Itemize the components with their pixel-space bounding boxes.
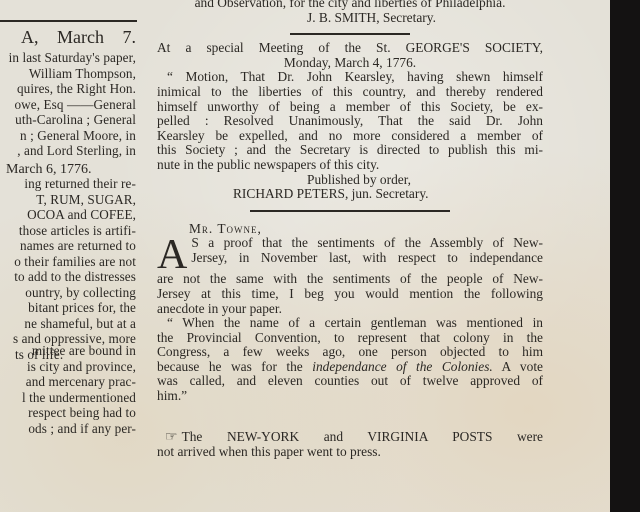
quote-line-italic: because he was for the independance of t… — [157, 360, 543, 375]
letter-salutation: Mr. Towne, — [157, 222, 543, 237]
background-edge — [610, 0, 640, 512]
newspaper-page: A, March 7. in last Saturday's paper, Wi… — [0, 0, 622, 512]
top-fragment: and Observation, for the city and libert… — [157, 0, 543, 11]
left-paragraph-1: in last Saturday's paper, William Thomps… — [9, 50, 136, 159]
center-column: and Observation, for the city and libert… — [157, 0, 543, 460]
posts-notice: ☞The NEW-YORK and VIRGINIA POSTS were no… — [157, 430, 543, 460]
section-divider — [250, 210, 450, 212]
st-georges-notice: At a special Meeting of the St. GEORGE'S… — [157, 41, 543, 202]
letter-to-mr-towne: Mr. Towne, A S a proof that the sentimen… — [157, 222, 543, 404]
left-paragraph-2: ing returned their re- T, RUM, SUGAR, OC… — [13, 176, 136, 362]
left-column: A, March 7. in last Saturday's paper, Wi… — [0, 0, 140, 512]
section-divider — [290, 33, 410, 35]
pointing-hand-icon: ☞ — [165, 430, 178, 445]
published-by: Published by order, — [157, 173, 543, 188]
top-signature: J. B. SMITH, Secretary. — [157, 11, 543, 26]
notice-heading: At a special Meeting of the St. GEORGE'S… — [157, 41, 543, 56]
left-paragraph-3: mittee are bound in is city and province… — [22, 343, 136, 436]
notice-date: Monday, March 4, 1776. — [157, 56, 543, 71]
drop-cap: A — [157, 238, 187, 272]
left-heading: A, March 7. — [21, 30, 136, 46]
column-rule — [0, 20, 137, 22]
notice-signature: RICHARD PETERS, jun. Secretary. — [157, 187, 543, 202]
